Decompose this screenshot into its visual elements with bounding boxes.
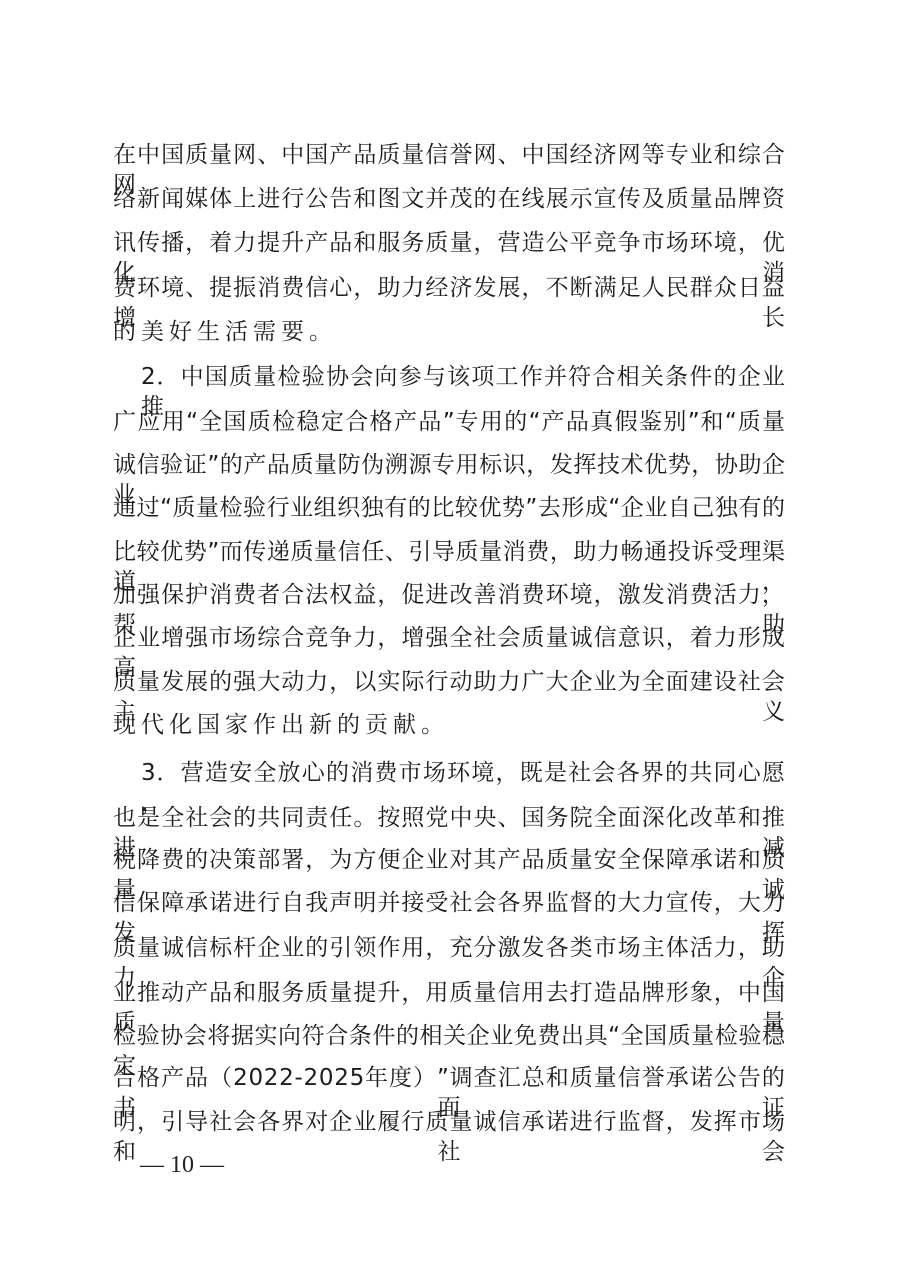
- text-line: 加 强 保 护 消 费 者 合 法 权 益 ， 促 进 改 善 消 费 环 境 …: [113, 580, 785, 610]
- text-line: 信 保 障 承 诺 进 行 自 我 声 明 并 接 受 社 会 各 界 监 督 …: [113, 888, 785, 918]
- text-line: 比 较 优 势 ” 而 传 递 质 量 信 任 、 引 导 质 量 消 费 ， …: [113, 537, 785, 567]
- text-line: 通 过 “ 质 量 检 验 行 业 组 织 独 有 的 比 较 优 势 ” 去 …: [113, 493, 785, 523]
- text-line: 业 推 动 产 品 和 服 务 质 量 提 升 ， 用 质 量 信 用 去 打 …: [113, 978, 785, 1008]
- text-line: 明 ， 引 导 社 会 各 界 对 企 业 履 行 质 量 诚 信 承 诺 进 …: [113, 1107, 785, 1137]
- text-line: 诚 信 验 证 ” 的 产 品 质 量 防 伪 溯 源 专 用 标 识 ， 发 …: [113, 450, 785, 480]
- text-line: 合 格 产 品 （ 2 0 2 2 - 2 0 2 5 年 度 ） ” 调 查 …: [113, 1063, 785, 1093]
- text-line: 现代化国家作出新的贡献。: [113, 710, 785, 740]
- text-line: 费 环 境 、 提 振 消 费 信 心 ， 助 力 经 济 发 展 ， 不 断 …: [113, 273, 785, 303]
- text-line: 2 ． 中 国 质 量 检 验 协 会 向 参 与 该 项 工 作 并 符 合 …: [141, 362, 785, 392]
- text-line: 检 验 协 会 将 据 实 向 符 合 条 件 的 相 关 企 业 免 费 出 …: [113, 1021, 785, 1051]
- page-number: — 10 —: [140, 1151, 224, 1179]
- text-line: 3 ． 营 造 安 全 放 心 的 消 费 市 场 环 境 ， 既 是 社 会 …: [141, 758, 785, 788]
- text-line: 广 应 用 “ 全 国 质 检 稳 定 合 格 产 品 ” 专 用 的 “ 产 …: [113, 407, 785, 437]
- text-line: 的美好生活需要。: [113, 317, 785, 347]
- text-line: 在 中 国 质 量 网 、 中 国 产 品 质 量 信 誉 网 、 中 国 经 …: [113, 140, 785, 170]
- text-line: 也 是 全 社 会 的 共 同 责 任 。 按 照 党 中 央 、 国 务 院 …: [113, 803, 785, 833]
- text-line: 质 量 诚 信 标 杆 企 业 的 引 领 作 用 ， 充 分 激 发 各 类 …: [113, 933, 785, 963]
- text-line: 税 降 费 的 决 策 部 署 ， 为 方 便 企 业 对 其 产 品 质 量 …: [113, 845, 785, 875]
- text-line: 质 量 发 展 的 强 大 动 力 ， 以 实 际 行 动 助 力 广 大 企 …: [113, 667, 785, 697]
- text-line: 络 新 闻 媒 体 上 进 行 公 告 和 图 文 并 茂 的 在 线 展 示 …: [113, 184, 785, 214]
- text-line: 讯 传 播 ， 着 力 提 升 产 品 和 服 务 质 量 ， 营 造 公 平 …: [113, 228, 785, 258]
- document-page: 在 中 国 质 量 网 、 中 国 产 品 质 量 信 誉 网 、 中 国 经 …: [0, 0, 900, 1273]
- text-line: 企 业 增 强 市 场 综 合 竞 争 力 ， 增 强 全 社 会 质 量 诚 …: [113, 623, 785, 653]
